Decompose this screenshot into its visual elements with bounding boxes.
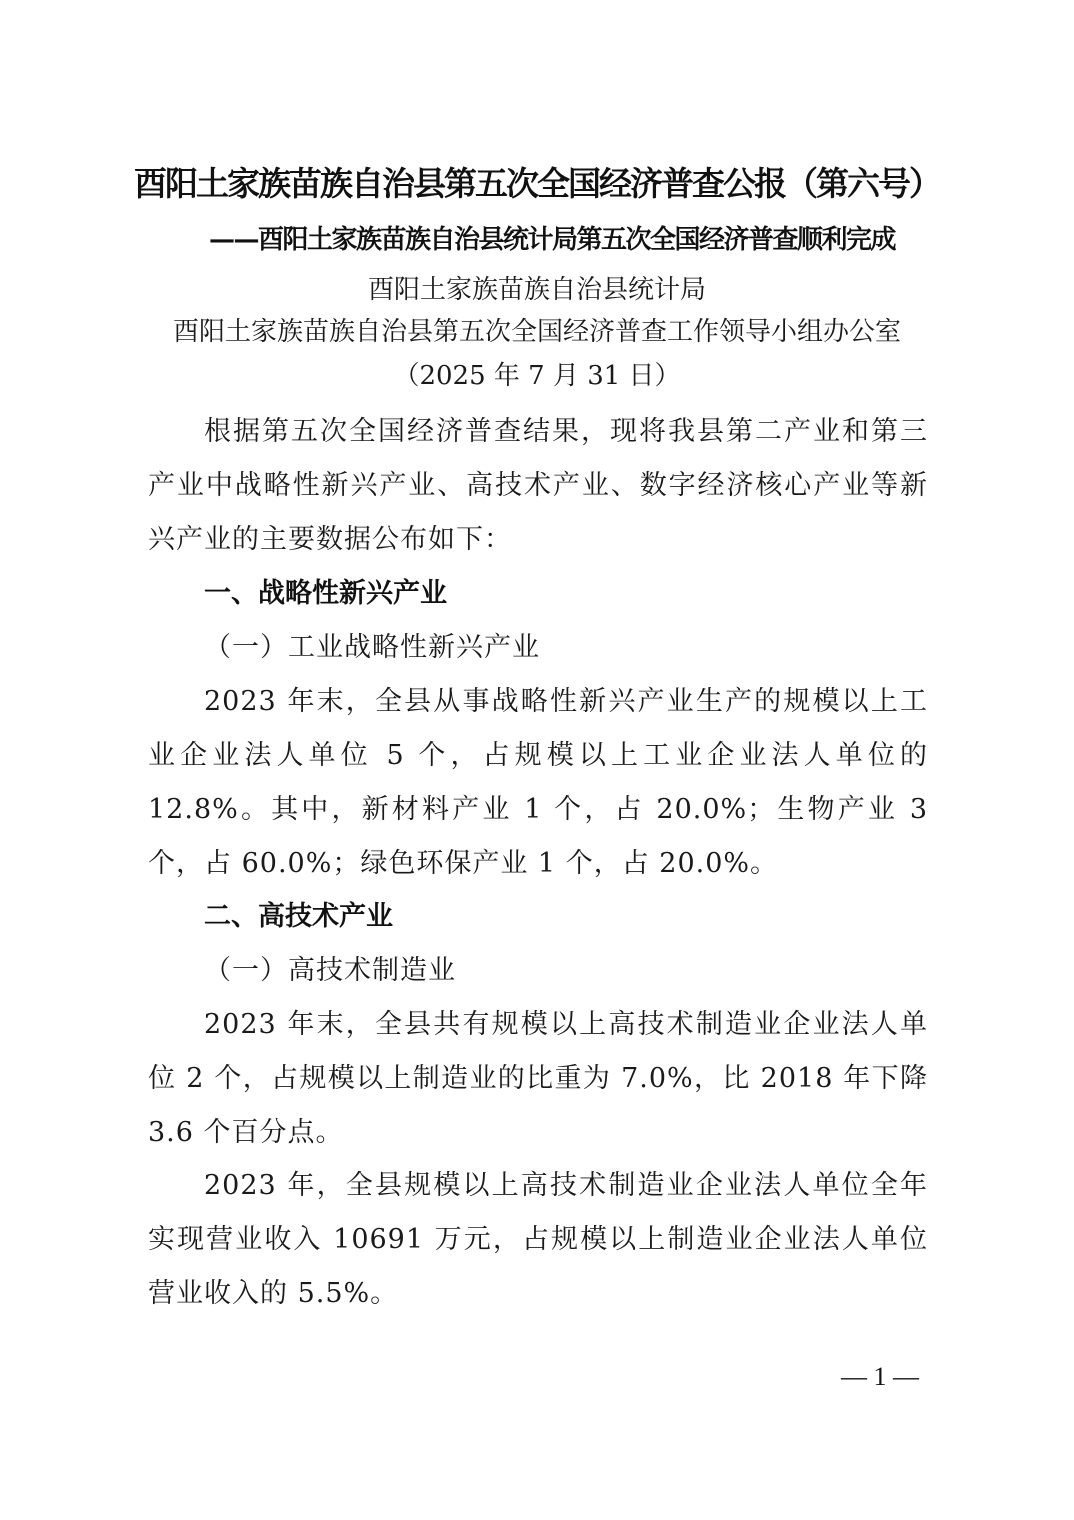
document-subtitle: ——酉阳土家族苗族自治县统计局第五次全国经济普查顺利完成 <box>0 220 1074 260</box>
issuer-census-office: 酉阳土家族苗族自治县第五次全国经济普查工作领导小组办公室 <box>0 312 1074 352</box>
document-page: 酉阳土家族苗族自治县第五次全国经济普查公报（第六号） ——酉阳土家族苗族自治县统… <box>0 0 1074 1520</box>
subsection-heading-industrial-strategic: （一）工业战略性新兴产业 <box>204 621 540 675</box>
section-heading-high-tech: 二、高技术产业 <box>204 890 393 944</box>
paragraph-high-tech-units: 2023 年末，全县共有规模以上高技术制造业企业法人单位 2 个，占规模以上制造… <box>148 998 928 1160</box>
paragraph-high-tech-revenue: 2023 年，全县规模以上高技术制造业企业法人单位全年实现营业收入 10691 … <box>148 1159 928 1321</box>
paragraph-strategic-emerging-units: 2023 年末，全县从事战略性新兴产业生产的规模以上工业企业法人单位 5 个，占… <box>148 675 928 891</box>
page-number: — 1 — <box>820 1362 940 1392</box>
subsection-heading-high-tech-manufacturing: （一）高技术制造业 <box>204 944 456 998</box>
issuer-statistics-bureau: 酉阳土家族苗族自治县统计局 <box>0 270 1074 310</box>
publication-date: （2025 年 7 月 31 日） <box>0 356 1074 396</box>
intro-paragraph: 根据第五次全国经济普查结果，现将我县第二产业和第三产业中战略性新兴产业、高技术产… <box>148 405 928 567</box>
section-heading-strategic-emerging: 一、战略性新兴产业 <box>204 567 447 621</box>
document-title: 酉阳土家族苗族自治县第五次全国经济普查公报（第六号） <box>0 162 1074 206</box>
